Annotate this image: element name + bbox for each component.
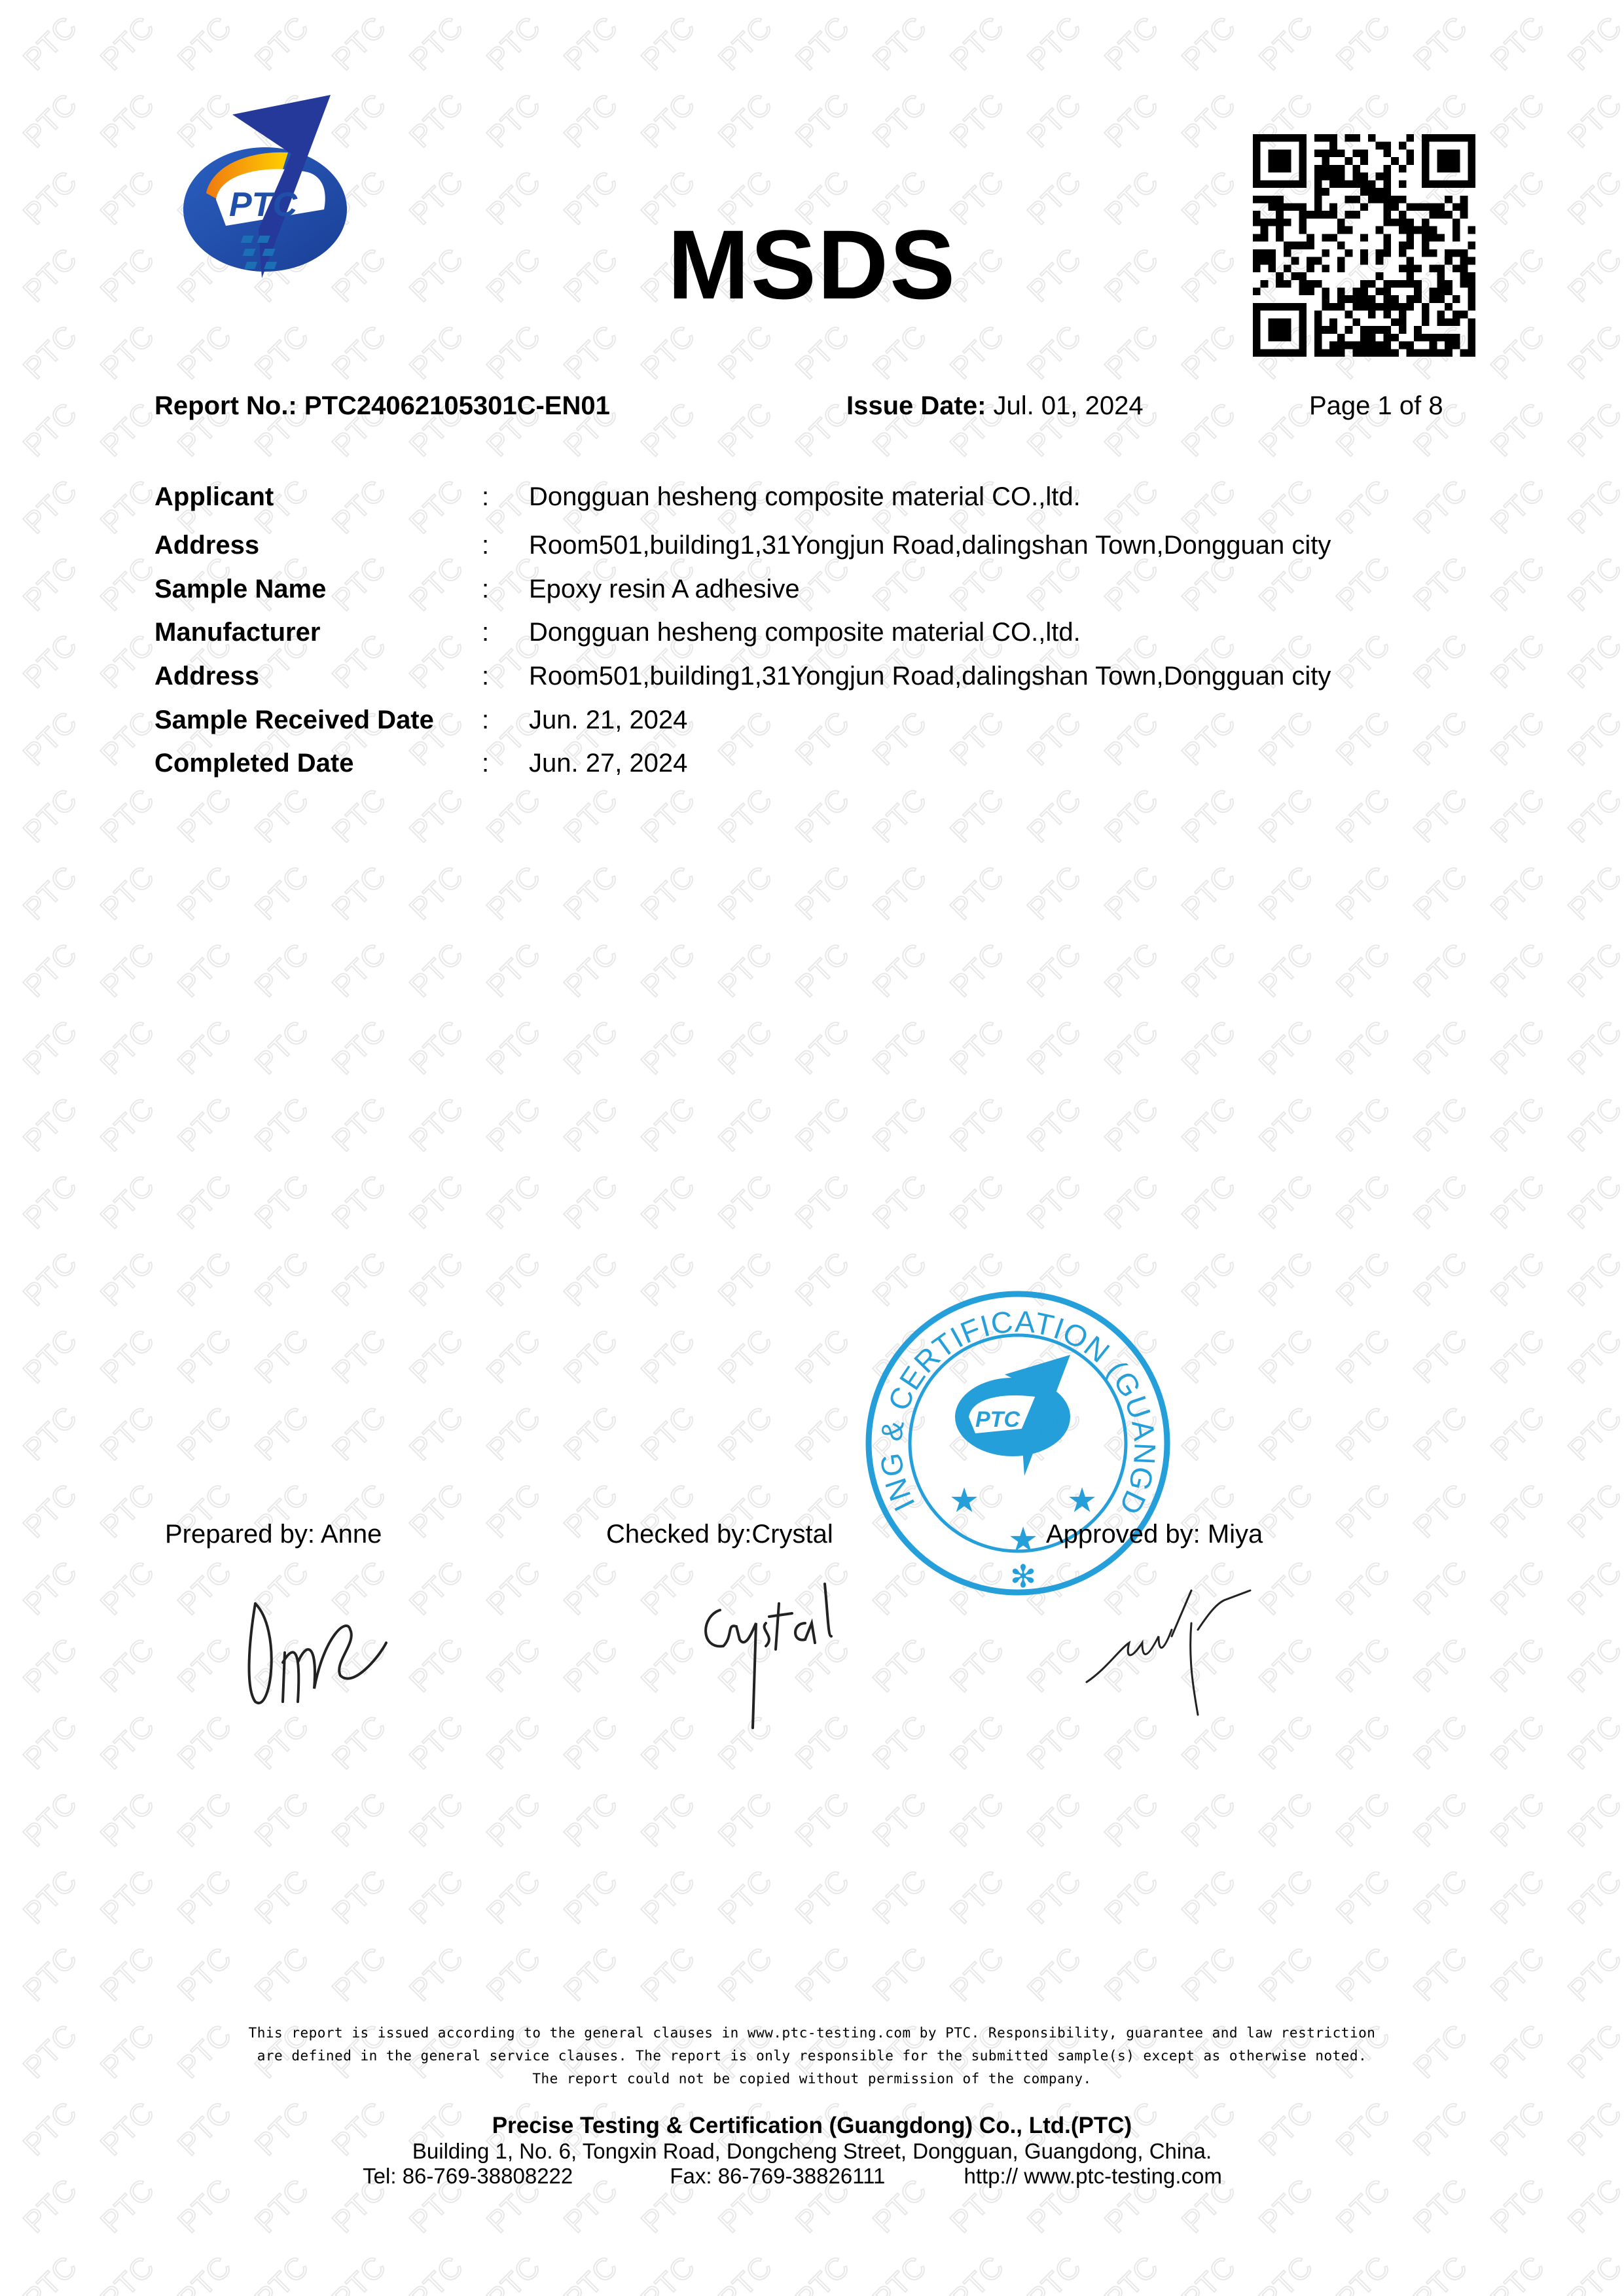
page-indicator: Page 1 of 8 bbox=[1309, 391, 1443, 421]
info-row-manufacturer-address: Address : Room501,building1,31Yongjun Ro… bbox=[154, 662, 1331, 691]
info-separator: : bbox=[482, 749, 529, 778]
svg-text:★: ★ bbox=[949, 1481, 980, 1520]
issue-date: Issue Date: Jul. 01, 2024 bbox=[846, 391, 1144, 421]
footer-website-link[interactable]: http:// www.ptc-testing.com bbox=[964, 2164, 1222, 2189]
info-label: Manufacturer bbox=[154, 618, 482, 647]
info-value: Jun. 21, 2024 bbox=[529, 706, 687, 735]
info-separator: : bbox=[482, 575, 529, 604]
info-label: Completed Date bbox=[154, 749, 482, 778]
info-label: Address bbox=[154, 531, 482, 560]
footer-tel: Tel: 86-769-38808222 bbox=[363, 2164, 664, 2189]
svg-text:PTC: PTC bbox=[975, 1407, 1020, 1432]
info-separator: : bbox=[482, 531, 529, 560]
approved-by-label: Approved by: Miya bbox=[1046, 1520, 1263, 1549]
info-row-completed-date: Completed Date : Jun. 27, 2024 bbox=[154, 749, 687, 778]
info-row-sample-name: Sample Name : Epoxy resin A adhesive bbox=[154, 575, 800, 604]
info-separator: : bbox=[482, 662, 529, 691]
info-label: Applicant bbox=[154, 482, 482, 512]
footer-fax: Fax: 86-769-38826111 bbox=[670, 2164, 958, 2189]
issue-date-label: Issue Date: bbox=[846, 391, 986, 420]
info-value: Room501,building1,31Yongjun Road,dalings… bbox=[529, 531, 1331, 560]
info-value: Dongguan hesheng composite material CO.,… bbox=[529, 482, 1081, 512]
svg-text:★: ★ bbox=[1008, 1520, 1039, 1560]
report-number: Report No.: PTC24062105301C-EN01 bbox=[154, 391, 610, 421]
svg-text:★: ★ bbox=[1067, 1481, 1098, 1520]
footer-company-address: Building 1, No. 6, Tongxin Road, Dongche… bbox=[0, 2139, 1624, 2164]
issue-date-value: Jul. 01, 2024 bbox=[994, 391, 1144, 420]
info-value: Jun. 27, 2024 bbox=[529, 749, 687, 778]
signature-crystal bbox=[694, 1577, 929, 1738]
info-label: Sample Name bbox=[154, 575, 482, 604]
footer-contacts: Tel: 86-769-38808222 Fax: 86-769-3882611… bbox=[0, 2164, 1624, 2189]
info-value: Epoxy resin A adhesive bbox=[529, 575, 800, 604]
company-seal-stamp: PRECISE TESTING & CERTIFICATION (GUANGDO… bbox=[861, 1286, 1175, 1600]
footer-disclaimer-line-2: are defined in the general service claus… bbox=[0, 2048, 1624, 2064]
signature-miya bbox=[1080, 1564, 1375, 1731]
signature-anne bbox=[236, 1590, 497, 1718]
info-label: Sample Received Date bbox=[154, 706, 482, 735]
info-separator: : bbox=[482, 482, 529, 512]
prepared-by-label: Prepared by: Anne bbox=[165, 1520, 382, 1549]
report-number-label: Report No.: bbox=[154, 391, 297, 420]
report-number-value: PTC24062105301C-EN01 bbox=[304, 391, 610, 420]
checked-by-label: Checked by:Crystal bbox=[606, 1520, 833, 1549]
footer-disclaimer-line-1: This report is issued according to the g… bbox=[0, 2025, 1624, 2041]
qr-code[interactable] bbox=[1253, 134, 1475, 357]
info-row-sample-received-date: Sample Received Date : Jun. 21, 2024 bbox=[154, 706, 687, 735]
info-separator: : bbox=[482, 706, 529, 735]
info-separator: : bbox=[482, 618, 529, 647]
info-value: Room501,building1,31Yongjun Road,dalings… bbox=[529, 662, 1331, 691]
info-row-manufacturer: Manufacturer : Dongguan hesheng composit… bbox=[154, 618, 1081, 647]
svg-text:✻: ✻ bbox=[1010, 1558, 1036, 1595]
info-label: Address bbox=[154, 662, 482, 691]
footer-company-name: Precise Testing & Certification (Guangdo… bbox=[0, 2113, 1624, 2139]
info-row-applicant-address: Address : Room501,building1,31Yongjun Ro… bbox=[154, 531, 1331, 560]
footer-disclaimer-line-3: The report could not be copied without p… bbox=[0, 2071, 1624, 2087]
info-row-applicant: Applicant : Dongguan hesheng composite m… bbox=[154, 482, 1081, 512]
info-value: Dongguan hesheng composite material CO.,… bbox=[529, 618, 1081, 647]
